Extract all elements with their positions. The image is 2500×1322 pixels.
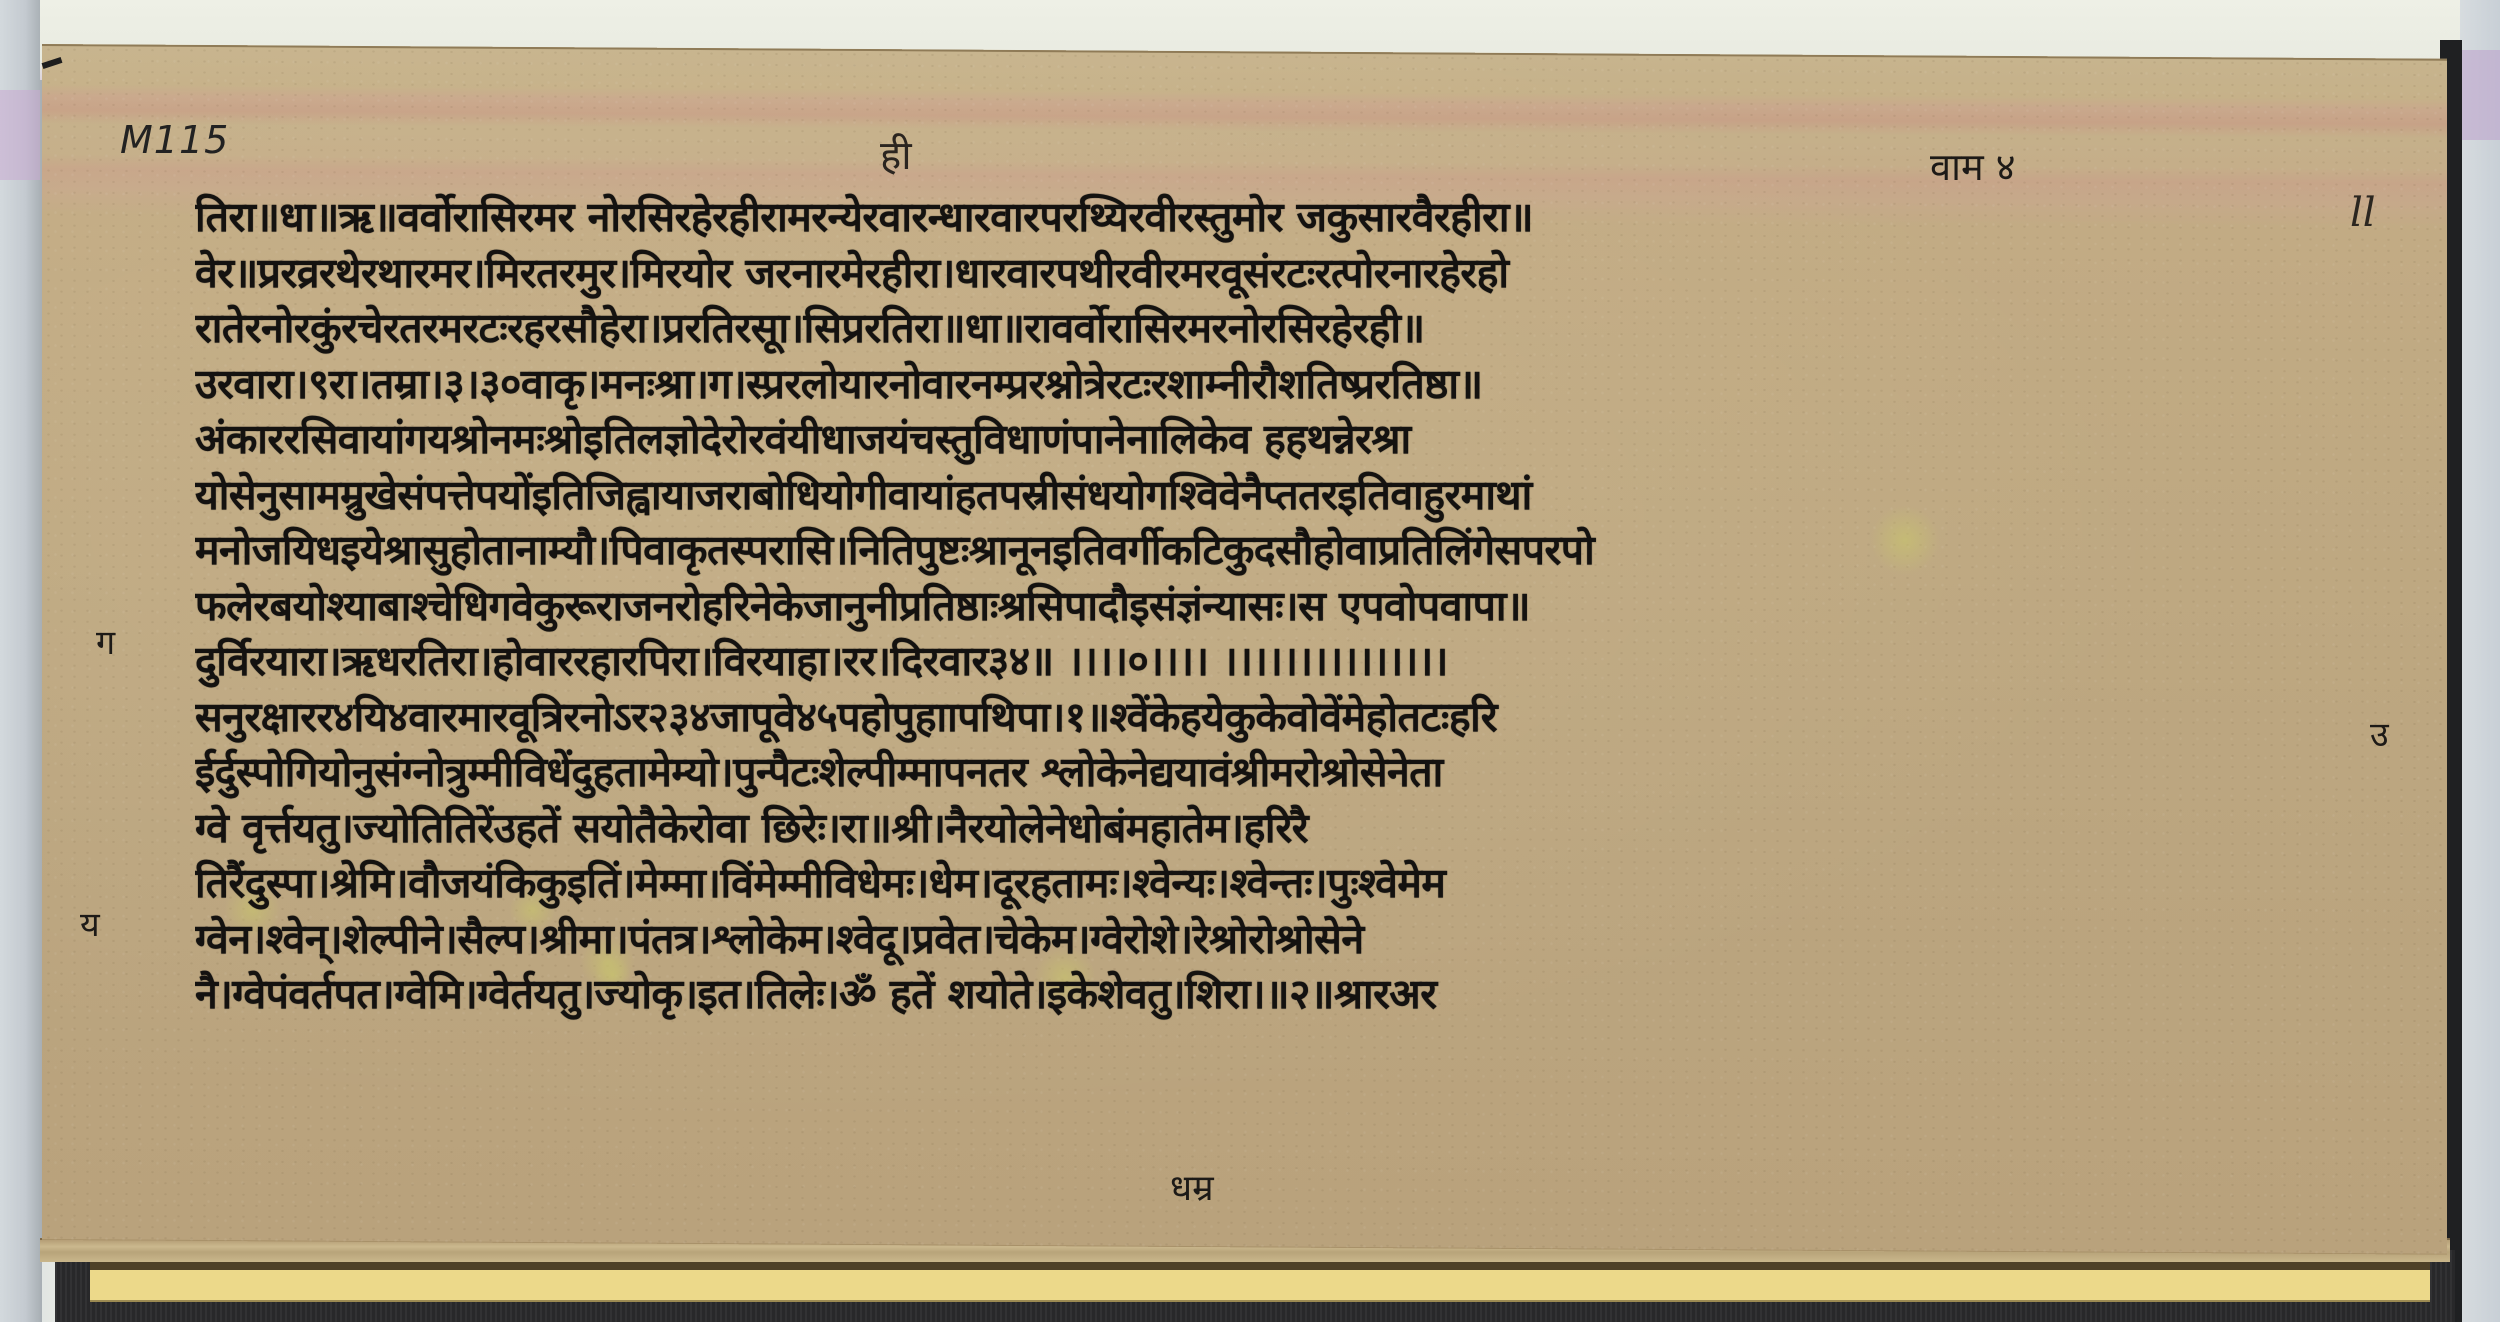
text-line: अंकाररसिवायांगयश्रोनमःश्रोइतिलज्ञोदेरोरव… (195, 412, 2345, 468)
text-line: मनोजयिधइयेश्रासुहोतानाम्यौ।पिवाकृतस्परास… (195, 523, 2345, 579)
text-line: योसेनुसामम्रुखेसंपत्तेपयोंइतिजिह्वायाजरा… (195, 468, 2345, 524)
text-line: नै।ग्वेपंवर्तपत।ग्वेमि।ग्वेर्तयतु।ज्योकृ… (195, 967, 2345, 1023)
manuscript-photo: M115 ही वाम ४ ll ग य उ धम्र तिरा॥धा॥ऋ॥वर… (0, 0, 2500, 1322)
text-line: रातेरनोरकुंरचेरतरमरटःरहरसौहेरा।प्ररतिरसू… (195, 301, 2345, 357)
text-line: ग्वेन।श्वेन्।शेल्पीने।सैल्प।श्रीमा।पंतत्… (195, 912, 2345, 968)
right-margin-note: उ (2370, 710, 2389, 756)
text-line: उरवारा।९रा।तम्रा।३।३०वाकृ।मनःश्रा।ग।स्प्… (195, 357, 2345, 413)
text-line: सनुरक्षारर४यि४वारमारवूत्रिरनोऽर२३४जापूवे… (195, 690, 2345, 746)
manuscript-text-block: तिरा॥धा॥ऋ॥वर्वोरासिरमर नोरसिरहेरहीरामरन्… (195, 190, 2345, 1023)
yellow-underlay-sheet (90, 1270, 2430, 1302)
margin-strokes: ll (2350, 190, 2376, 236)
top-center-mark: ही (880, 126, 912, 181)
catchword: धम्र (1170, 1162, 1214, 1211)
background-edge (0, 0, 42, 1322)
text-line: वेर॥प्ररव्ररथेरथारमर।मिरतरमुर।मिरयोर जरन… (195, 246, 2345, 302)
folio-label: वाम ४ (1930, 140, 2016, 192)
text-line: तिरा॥धा॥ऋ॥वर्वोरासिरमर नोरसिरहेरहीरामरन्… (195, 190, 2345, 246)
text-line: ग्वे वृर्त्तयतु।ज्योतितिरेंउहतें सयोतैके… (195, 801, 2345, 857)
lavender-tab (0, 90, 40, 180)
text-line: दुर्विरयारा।ऋधरतिरा।होवाररहारपिरा।विरयाह… (195, 634, 2345, 690)
left-margin-note: य (80, 900, 100, 946)
text-line: फलेरबयोश्याबाश्चेधिगवेकुरूराजनरोहरिनेकेज… (195, 579, 2345, 635)
text-line: तिरैंदुस्पा।श्रेमि।वौजयंकिकुइतिं।मेम्मा।… (195, 856, 2345, 912)
left-margin-note: ग (96, 618, 115, 664)
lavender-tab-right (2460, 50, 2500, 140)
shelfmark-label: M115 (120, 118, 229, 162)
text-line: ईर्दुस्पोगियोनुसंग्नोत्रुम्मीविधेंदुहताम… (195, 745, 2345, 801)
